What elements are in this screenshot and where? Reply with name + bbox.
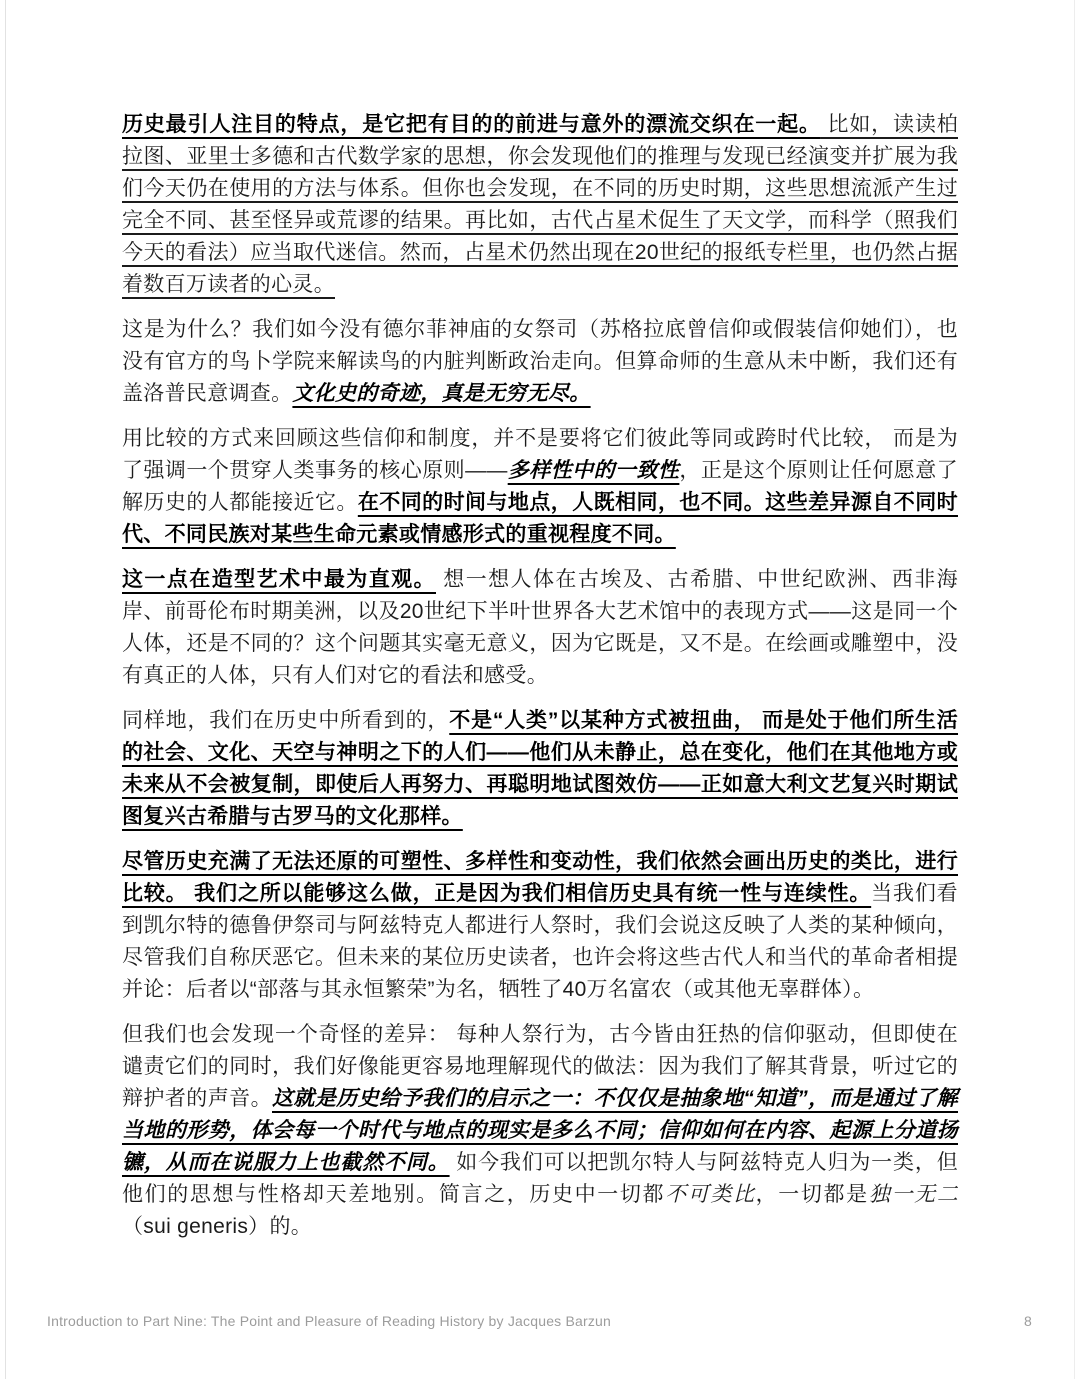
text-run: 不可类比 xyxy=(665,1183,756,1206)
text-run: 这一点在造型艺术中最为直观。 xyxy=(122,568,436,591)
text-run: ，一切都是 xyxy=(756,1183,869,1206)
text-run: 尽管历史充满了无法还原的可塑性、多样性和变动性，我们依然会画出历史的类比，进行比… xyxy=(122,850,958,905)
text-run: 多样性中的一致性 xyxy=(508,459,680,482)
paragraph: 用比较的方式来回顾这些信仰和制度，并不是要将它们彼此等同或跨时代比较， 而是为了… xyxy=(122,423,958,551)
text-run: 比如，读读柏拉图、亚里士多德和古代数学家的思想，你会发现他们的推理与发现已经演变… xyxy=(122,113,958,296)
document-page: 历史最引人注目的特点，是它把有目的的前进与意外的漂流交织在一起。 比如，读读柏拉… xyxy=(0,0,1080,1379)
text-run: 独一无二 xyxy=(869,1183,958,1206)
page-footer: Introduction to Part Nine: The Point and… xyxy=(47,1313,1032,1329)
page-edge-left xyxy=(5,0,6,1379)
text-run: 文化史的奇迹，真是无穷无尽。 xyxy=(292,382,590,405)
document-body: 历史最引人注目的特点，是它把有目的的前进与意外的漂流交织在一起。 比如，读读柏拉… xyxy=(122,109,958,1256)
page-number: 8 xyxy=(1024,1313,1032,1329)
text-run: 历史最引人注目的特点，是它把有目的的前进与意外的漂流交织在一起。 xyxy=(122,113,821,136)
text-run: 同样地，我们在历史中所看到的， xyxy=(122,709,449,732)
text-run: （sui generis）的。 xyxy=(122,1215,312,1238)
paragraph: 尽管历史充满了无法还原的可塑性、多样性和变动性，我们依然会画出历史的类比，进行比… xyxy=(122,846,958,1006)
paragraph: 但我们也会发现一个奇怪的差异： 每种人祭行为，古今皆由狂热的信仰驱动，但即使在谴… xyxy=(122,1019,958,1243)
footer-title: Introduction to Part Nine: The Point and… xyxy=(47,1313,611,1329)
paragraph: 这是为什么？我们如今没有德尔菲神庙的女祭司（苏格拉底曾信仰或假装信仰她们），也没… xyxy=(122,314,958,410)
paragraph: 同样地，我们在历史中所看到的，不是“人类”以某种方式被扭曲， 而是处于他们所生活… xyxy=(122,705,958,833)
page-edge-right xyxy=(1074,0,1075,1379)
paragraph: 这一点在造型艺术中最为直观。 想一想人体在古埃及、古希腊、中世纪欧洲、西非海岸、… xyxy=(122,564,958,692)
paragraph: 历史最引人注目的特点，是它把有目的的前进与意外的漂流交织在一起。 比如，读读柏拉… xyxy=(122,109,958,301)
